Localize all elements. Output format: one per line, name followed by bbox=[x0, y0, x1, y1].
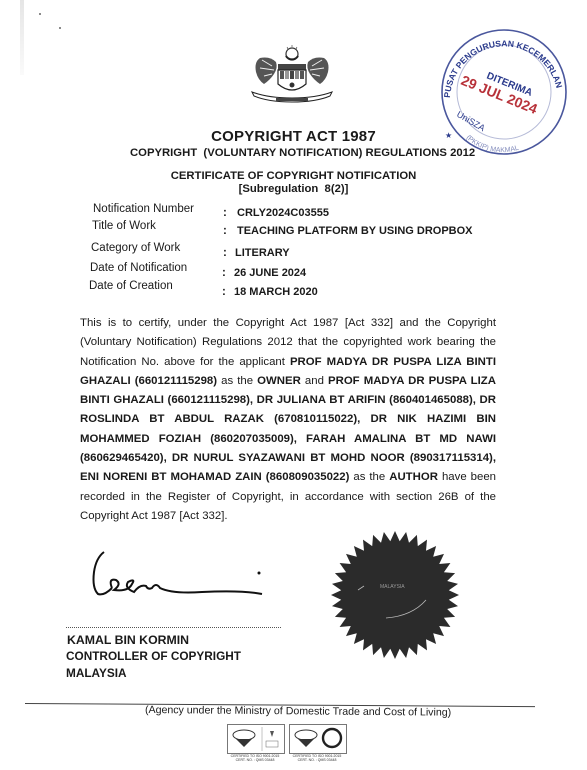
field-label: Date of Creation bbox=[89, 280, 173, 292]
certification-statement: This is to certify, under the Copyright … bbox=[80, 314, 496, 526]
agency-note: (Agency under the Ministry of Domestic T… bbox=[145, 704, 451, 719]
handwritten-signature-icon bbox=[82, 548, 282, 608]
act-heading: COPYRIGHT ACT 1987 bbox=[0, 128, 587, 145]
signatory-name: KAMAL BIN KORMIN bbox=[67, 633, 189, 647]
iso-certification-logo-icon bbox=[227, 724, 285, 754]
signatory-title: CONTROLLER OF COPYRIGHT bbox=[66, 649, 241, 663]
field-colon: : bbox=[223, 247, 227, 259]
field-value: LITERARY bbox=[235, 247, 290, 259]
statement-text: and bbox=[301, 375, 328, 387]
scan-speck bbox=[59, 27, 61, 29]
field-label: Notification Number bbox=[93, 203, 194, 215]
owner-role: OWNER bbox=[257, 375, 301, 387]
svg-text:MALAYSIA: MALAYSIA bbox=[380, 584, 405, 590]
scan-speck bbox=[39, 13, 41, 15]
field-value: CRLY2024C03555 bbox=[237, 207, 329, 219]
statement-text: as the bbox=[217, 375, 257, 387]
statement-text: as the bbox=[349, 471, 389, 483]
field-label: Date of Notification bbox=[90, 262, 187, 274]
certification-logos: CERTIFIED TO ISO 9001:2015 CERT. NO. : Q… bbox=[227, 724, 347, 760]
certificate-title: CERTIFICATE OF COPYRIGHT NOTIFICATION bbox=[0, 170, 587, 182]
field-colon: : bbox=[222, 286, 226, 298]
embossed-seal-icon: MALAYSIA bbox=[330, 520, 460, 670]
iso-certification-logo-icon bbox=[289, 724, 347, 754]
regulations-heading: COPYRIGHT (VOLUNTARY NOTIFICATION) REGUL… bbox=[130, 147, 475, 159]
cert-caption: CERTIFIED TO ISO 9001:2015 CERT. NO. : Q… bbox=[227, 754, 283, 762]
field-colon: : bbox=[223, 207, 227, 219]
subregulation: [Subregulation 8(2)] bbox=[0, 183, 587, 195]
signature-line bbox=[66, 627, 281, 628]
signatory-country: MALAYSIA bbox=[66, 666, 127, 680]
scan-edge-shadow bbox=[20, 0, 24, 75]
field-value: 18 MARCH 2020 bbox=[234, 286, 318, 298]
author-role: AUTHOR bbox=[389, 471, 438, 483]
field-value: TEACHING PLATFORM BY USING DROPBOX bbox=[237, 225, 473, 237]
cert-caption: CERTIFIED TO ISO 9001:2015 CERT. NO. : Q… bbox=[289, 754, 345, 762]
author-names: PROF MADYA DR PUSPA LIZA BINTI GHAZALI (… bbox=[80, 375, 496, 483]
field-label: Category of Work bbox=[91, 242, 180, 254]
field-value: 26 JUNE 2024 bbox=[234, 267, 306, 279]
malaysia-coat-of-arms-icon bbox=[248, 44, 336, 108]
field-colon: : bbox=[222, 267, 226, 279]
field-label: Title of Work bbox=[92, 220, 156, 232]
field-colon: : bbox=[223, 225, 227, 237]
